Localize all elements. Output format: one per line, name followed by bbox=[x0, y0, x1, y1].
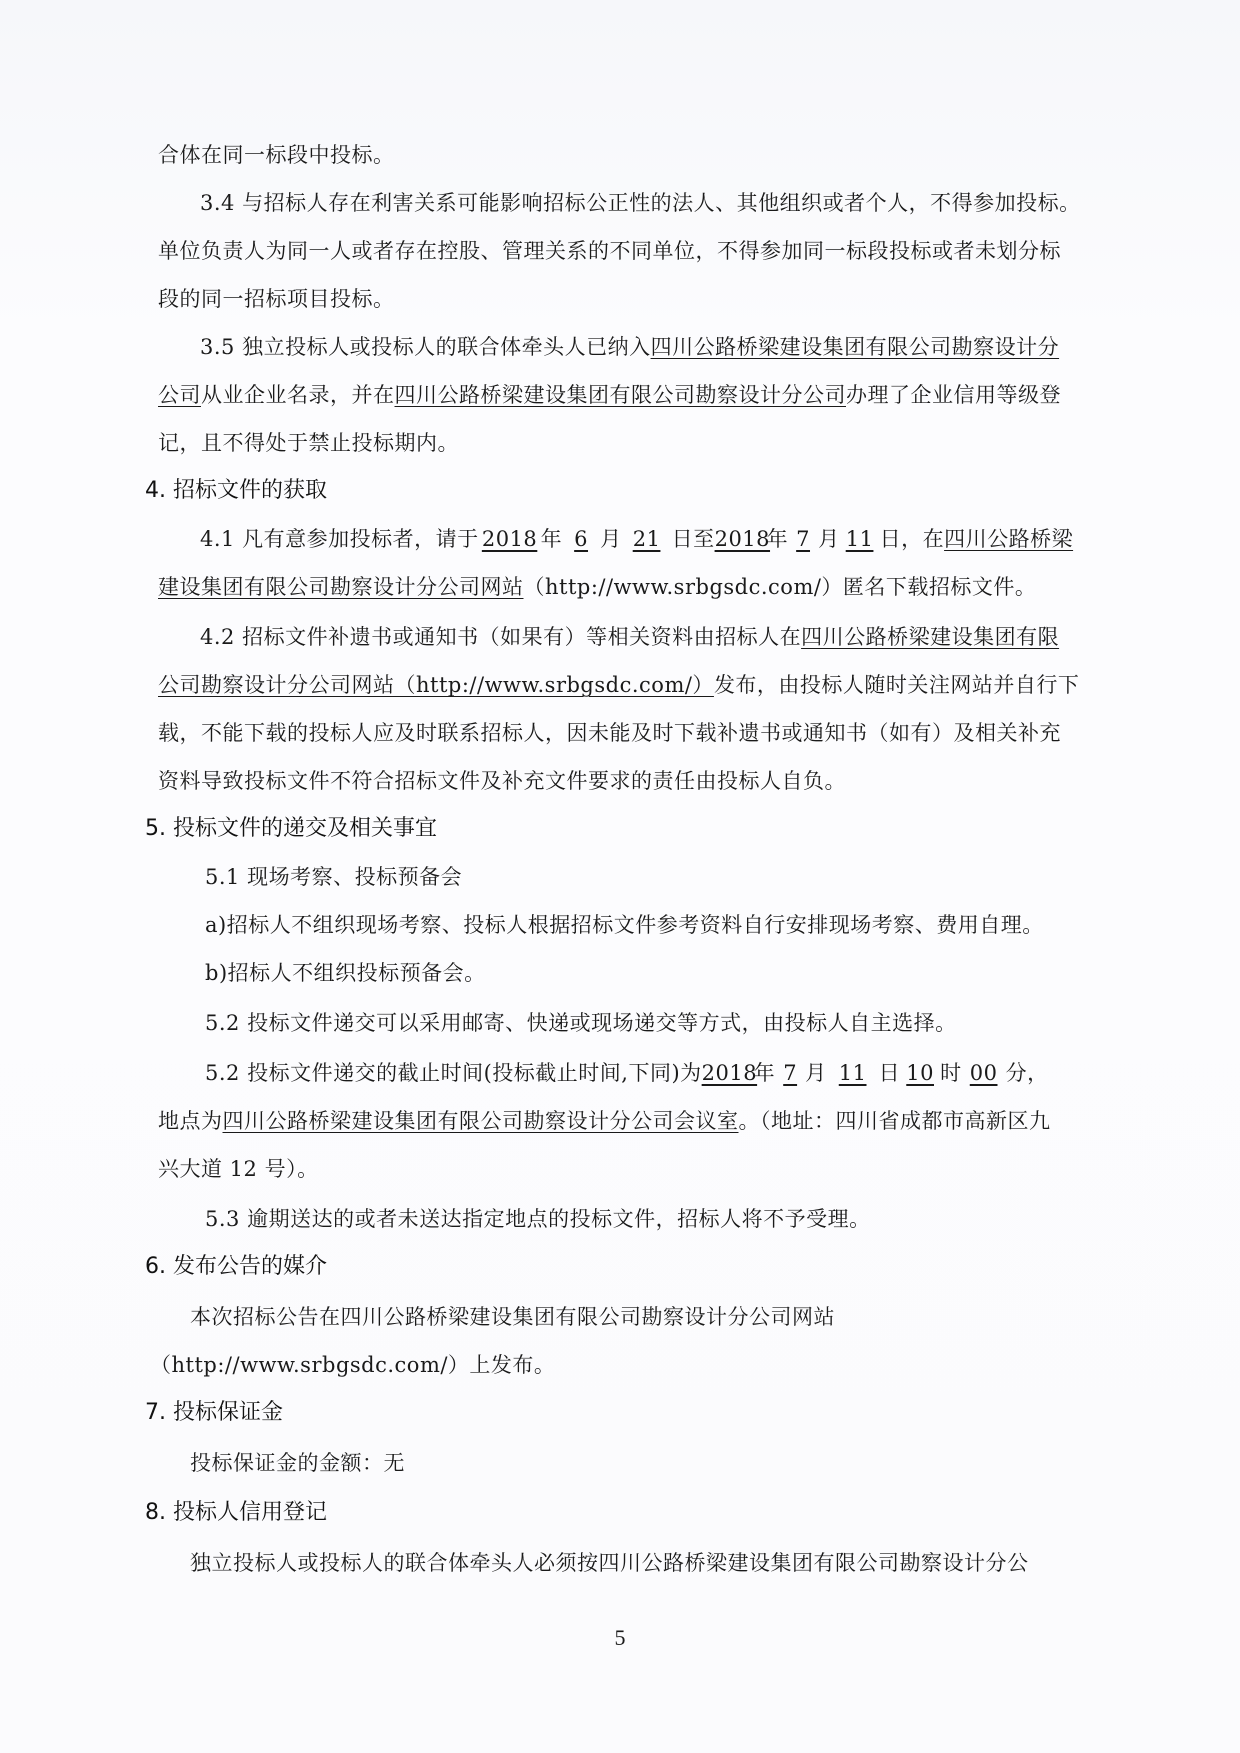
text: 发布，由投标人随时关注网站并自行下 bbox=[714, 673, 1080, 697]
paragraph-line: 建设集团有限公司勘察设计分公司网站（http://www.srbgsdc.com… bbox=[158, 572, 1036, 602]
clause-5-3: 5.3 逾期送达的或者未送达指定地点的投标文件，招标人将不予受理。 bbox=[205, 1204, 871, 1234]
text: 年 bbox=[754, 1061, 776, 1085]
company-name-underlined: 公司 bbox=[158, 383, 201, 407]
text: 办理了企业信用等级登 bbox=[846, 383, 1061, 407]
website-url-text: （http://www.srbgsdc.com/）匿名下载招标文件。 bbox=[524, 575, 1037, 599]
clause-3-4: 3.4 与招标人存在利害关系可能影响招标公正性的法人、其他组织或者个人，不得参加… bbox=[200, 188, 1081, 218]
section-heading-7: 7. 投标保证金 bbox=[145, 1398, 283, 1428]
text: 分， bbox=[1006, 1061, 1049, 1085]
end-year: 2018 bbox=[715, 524, 767, 554]
clause-5-1-a: a)招标人不组织现场考察、投标人根据招标文件参考资料自行安排现场考察、费用自理。 bbox=[205, 910, 1044, 940]
paragraph-line: 投标保证金的金额：无 bbox=[190, 1448, 405, 1478]
section-heading-4: 4. 招标文件的获取 bbox=[145, 476, 327, 506]
text: 月 bbox=[805, 1061, 827, 1085]
document-page: 合体在同一标段中投标。 3.4 与招标人存在利害关系可能影响招标公正性的法人、其… bbox=[0, 0, 1240, 1753]
clause-5-1: 5.1 现场考察、投标预备会 bbox=[205, 862, 462, 892]
clause-5-1-b: b)招标人不组织投标预备会。 bbox=[205, 958, 486, 988]
paragraph-line: 记，且不得处于禁止投标期内。 bbox=[158, 428, 459, 458]
text: 3.5 独立投标人或投标人的联合体牵头人已纳入 bbox=[200, 335, 651, 359]
deadline-day: 11 bbox=[827, 1058, 879, 1088]
start-day: 21 bbox=[622, 524, 672, 554]
clause-3-5: 3.5 独立投标人或投标人的联合体牵头人已纳入四川公路桥梁建设集团有限公司勘察设… bbox=[200, 332, 1059, 362]
paragraph-line: 公司勘察设计分公司网站（http://www.srbgsdc.com/）发布，由… bbox=[158, 670, 1079, 700]
deadline-month: 7 bbox=[775, 1058, 805, 1088]
paragraph-line: （http://www.srbgsdc.com/）上发布。 bbox=[150, 1350, 555, 1380]
paragraph-line: 资料导致投标文件不符合招标文件及补充文件要求的责任由投标人自负。 bbox=[158, 766, 846, 796]
text: 5.2 投标文件递交的截止时间(投标截止时间,下同)为 bbox=[205, 1061, 702, 1085]
deadline-year: 2018 bbox=[702, 1058, 754, 1088]
text: 从业企业名录，并在 bbox=[201, 383, 395, 407]
company-website-name: 建设集团有限公司勘察设计分公司网站 bbox=[158, 575, 524, 599]
clause-4-1: 4.1 凡有意参加投标者，请于2018年6月21日至2018年7月11日，在四川… bbox=[200, 524, 1073, 554]
address-text: 。（地址：四川省成都市高新区九 bbox=[739, 1109, 1051, 1133]
paragraph-line: 独立投标人或投标人的联合体牵头人必须按四川公路桥梁建设集团有限公司勘察设计分公 bbox=[190, 1548, 1029, 1578]
text: 地点为 bbox=[158, 1109, 223, 1133]
start-year: 2018 bbox=[479, 524, 541, 554]
section-heading-8: 8. 投标人信用登记 bbox=[145, 1498, 327, 1528]
clause-4-2: 4.2 招标文件补遗书或通知书（如果有）等相关资料由招标人在四川公路桥梁建设集团… bbox=[200, 622, 1059, 652]
paragraph-line: 地点为四川公路桥梁建设集团有限公司勘察设计分公司会议室。（地址：四川省成都市高新… bbox=[158, 1106, 1051, 1136]
paragraph-line: 单位负责人为同一人或者存在控股、管理关系的不同单位，不得参加同一标段投标或者未划… bbox=[158, 236, 1061, 266]
end-month: 7 bbox=[788, 524, 818, 554]
clause-5-2-deadline: 5.2 投标文件递交的截止时间(投标截止时间,下同)为2018年7月11日10时… bbox=[205, 1058, 1049, 1088]
text: 4.2 招标文件补遗书或通知书（如果有）等相关资料由招标人在 bbox=[200, 625, 801, 649]
section-heading-6: 6. 发布公告的媒介 bbox=[145, 1252, 327, 1282]
company-name-underlined: 四川公路桥梁 bbox=[944, 527, 1073, 551]
paragraph-line: 段的同一招标项目投标。 bbox=[158, 284, 395, 314]
text: 年 bbox=[767, 527, 789, 551]
text: 日至 bbox=[672, 527, 715, 551]
meeting-room-underlined: 四川公路桥梁建设集团有限公司勘察设计分公司会议室 bbox=[223, 1109, 739, 1133]
start-month: 6 bbox=[562, 524, 600, 554]
company-name-underlined: 四川公路桥梁建设集团有限公司勘察设计分公司 bbox=[395, 383, 847, 407]
text: 日，在 bbox=[880, 527, 945, 551]
clause-5-2-method: 5.2 投标文件递交可以采用邮寄、快递或现场递交等方式，由投标人自主选择。 bbox=[205, 1008, 957, 1038]
company-name-underlined: 四川公路桥梁建设集团有限 bbox=[801, 625, 1059, 649]
text: 4.1 凡有意参加投标者，请于 bbox=[200, 527, 479, 551]
text: 月 bbox=[818, 527, 840, 551]
company-website-underlined: 公司勘察设计分公司网站（http://www.srbgsdc.com/） bbox=[158, 673, 714, 697]
deadline-hour: 10 bbox=[900, 1058, 940, 1088]
deadline-minute: 00 bbox=[962, 1058, 1006, 1088]
paragraph-line: 兴大道 12 号）。 bbox=[158, 1154, 319, 1184]
paragraph-line: 合体在同一标段中投标。 bbox=[158, 140, 395, 170]
page-number: 5 bbox=[0, 1625, 1240, 1651]
paragraph-line: 本次招标公告在四川公路桥梁建设集团有限公司勘察设计分公司网站 bbox=[190, 1302, 835, 1332]
company-name-underlined: 四川公路桥梁建设集团有限公司勘察设计分 bbox=[651, 335, 1060, 359]
text: 月 bbox=[600, 527, 622, 551]
paragraph-line: 公司从业企业名录，并在四川公路桥梁建设集团有限公司勘察设计分公司办理了企业信用等… bbox=[158, 380, 1061, 410]
section-heading-5: 5. 投标文件的递交及相关事宜 bbox=[145, 814, 437, 844]
paragraph-line: 载，不能下载的投标人应及时联系招标人，因未能及时下载补遗书或通知书（如有）及相关… bbox=[158, 718, 1061, 748]
end-day: 11 bbox=[840, 524, 880, 554]
text: 时 bbox=[940, 1061, 962, 1085]
text: 日 bbox=[879, 1061, 901, 1085]
text: 年 bbox=[541, 527, 563, 551]
